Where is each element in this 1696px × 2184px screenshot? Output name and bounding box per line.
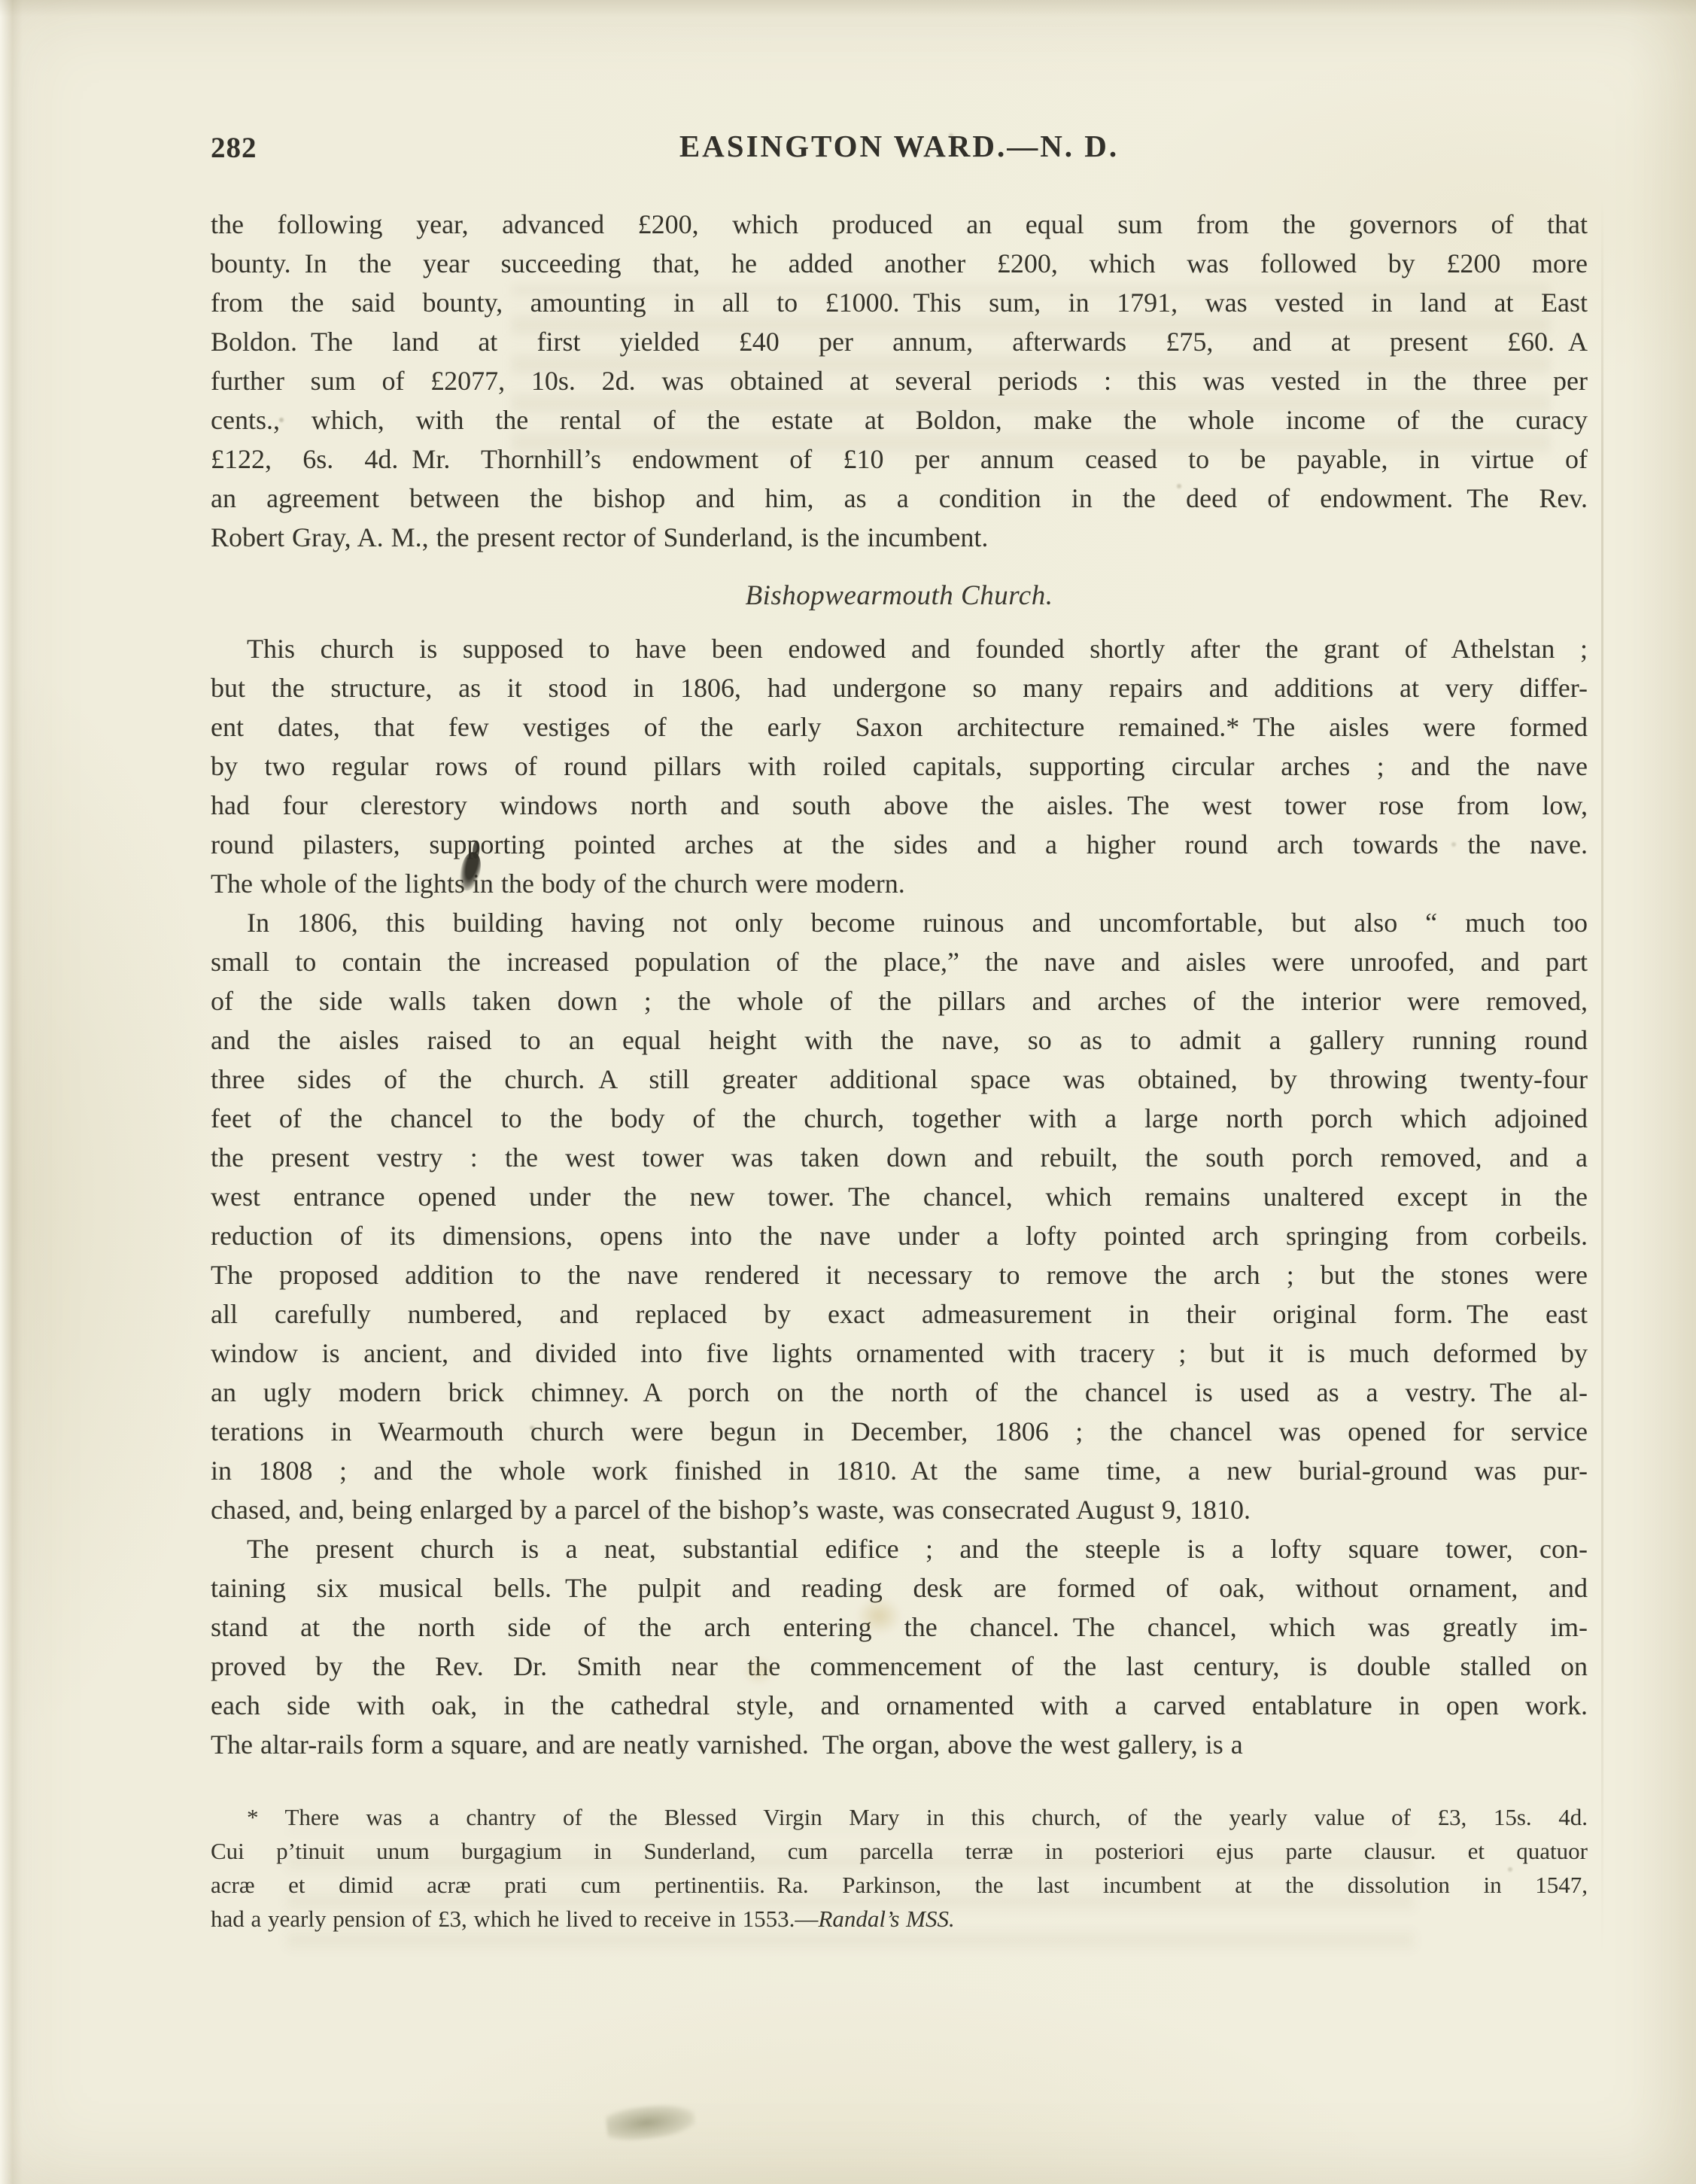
citation-italic: Randal’s MSS. [818,1906,954,1932]
text-line: the present vestry : the west tower was … [211,1138,1588,1177]
text-line: acræ et dimid acræ prati cum pertinentii… [211,1868,1588,1902]
paragraph-present-church: The present church is a neat, substantia… [211,1529,1588,1764]
footnote: * There was a chantry of the Blessed Vir… [211,1800,1588,1936]
running-header: 282 EASINGTON WARD.—N. D. [211,128,1588,169]
text-line: all carefully numbered, and replaced by … [211,1294,1588,1334]
text-line: The altar-rails form a square, and are n… [211,1725,1588,1764]
text-line: an ugly modern brick chimney. A porch on… [211,1373,1588,1412]
paper-crease [1601,196,1603,1957]
text-line: feet of the chancel to the body of the c… [211,1099,1588,1138]
text-line: The present church is a neat, substantia… [211,1529,1588,1568]
paper-specks [0,0,3,3]
book-page: 282 EASINGTON WARD.—N. D. the following … [0,0,1696,2184]
text-line: Boldon. The land at first yielded £40 pe… [211,322,1588,361]
text-line: and the aisles raised to an equal height… [211,1021,1588,1060]
text-line: chased, and, being enlarged by a parcel … [211,1490,1588,1529]
text-line: Cui p’tinuit unum burgagium in Sunderlan… [211,1834,1588,1868]
text-line: round pilasters, supporting pointed arch… [211,825,1588,864]
text-line: ent dates, that few vestiges of the earl… [211,707,1588,747]
text-line: west entrance opened under the new tower… [211,1177,1588,1216]
text-segment: had a yearly pension of £3, which he liv… [211,1906,818,1932]
text-line: from the said bounty, amounting in all t… [211,283,1588,322]
paragraph-rebuilding-1806: In 1806, this building having not only b… [211,903,1588,1529]
text-line: Robert Gray, A. M., the present rector o… [211,518,1588,557]
text-line: of the side walls taken down ; the whole… [211,981,1588,1021]
running-title: EASINGTON WARD.—N. D. [211,128,1588,164]
text-line: proved by the Rev. Dr. Smith near the co… [211,1647,1588,1686]
text-line: £122, 6s. 4d. Mr. Thornhill’s endowment … [211,440,1588,479]
paragraph-endowment: the following year, advanced £200, which… [211,205,1588,557]
text-line: an agreement between the bishop and him,… [211,479,1588,518]
text-line: reduction of its dimensions, opens into … [211,1216,1588,1255]
text-line: each side with oak, in the cathedral sty… [211,1686,1588,1725]
text-line: further sum of £2077, 10s. 2d. was obtai… [211,361,1588,400]
text-line: in 1808 ; and the whole work finished in… [211,1451,1588,1490]
text-line: by two regular rows of round pillars wit… [211,747,1588,786]
text-line: had four clerestory windows north and so… [211,786,1588,825]
paper-stain [742,1657,775,1684]
text-line: window is ancient, and divided into five… [211,1334,1588,1373]
page-number: 282 [211,131,257,165]
text-line: The whole of the lights in the body of t… [211,864,1588,903]
text-line: small to contain the increased populatio… [211,942,1588,981]
text-line: In 1806, this building having not only b… [211,903,1588,942]
section-heading: Bishopwearmouth Church. [211,576,1588,616]
paper-stain [856,1597,901,1635]
text-line: cents., which, with the rental of the es… [211,400,1588,440]
paper-smudge [605,2101,697,2143]
footnote-text: * There was a chantry of the Blessed Vir… [211,1800,1588,1936]
text-line: the following year, advanced £200, which… [211,205,1588,244]
paragraph-church-history: This church is supposed to have been end… [211,629,1588,903]
page-body: the following year, advanced £200, which… [211,205,1588,1764]
text-line: bounty. In the year succeeding that, he … [211,244,1588,283]
text-line: This church is supposed to have been end… [211,629,1588,668]
text-line: * There was a chantry of the Blessed Vir… [211,1800,1588,1834]
text-line: had a yearly pension of £3, which he liv… [211,1902,1588,1936]
text-line: but the structure, as it stood in 1806, … [211,668,1588,707]
text-line: three sides of the church. A still great… [211,1060,1588,1099]
text-line: The proposed addition to the nave render… [211,1255,1588,1294]
text-line: terations in Wearmouth church were begun… [211,1412,1588,1451]
